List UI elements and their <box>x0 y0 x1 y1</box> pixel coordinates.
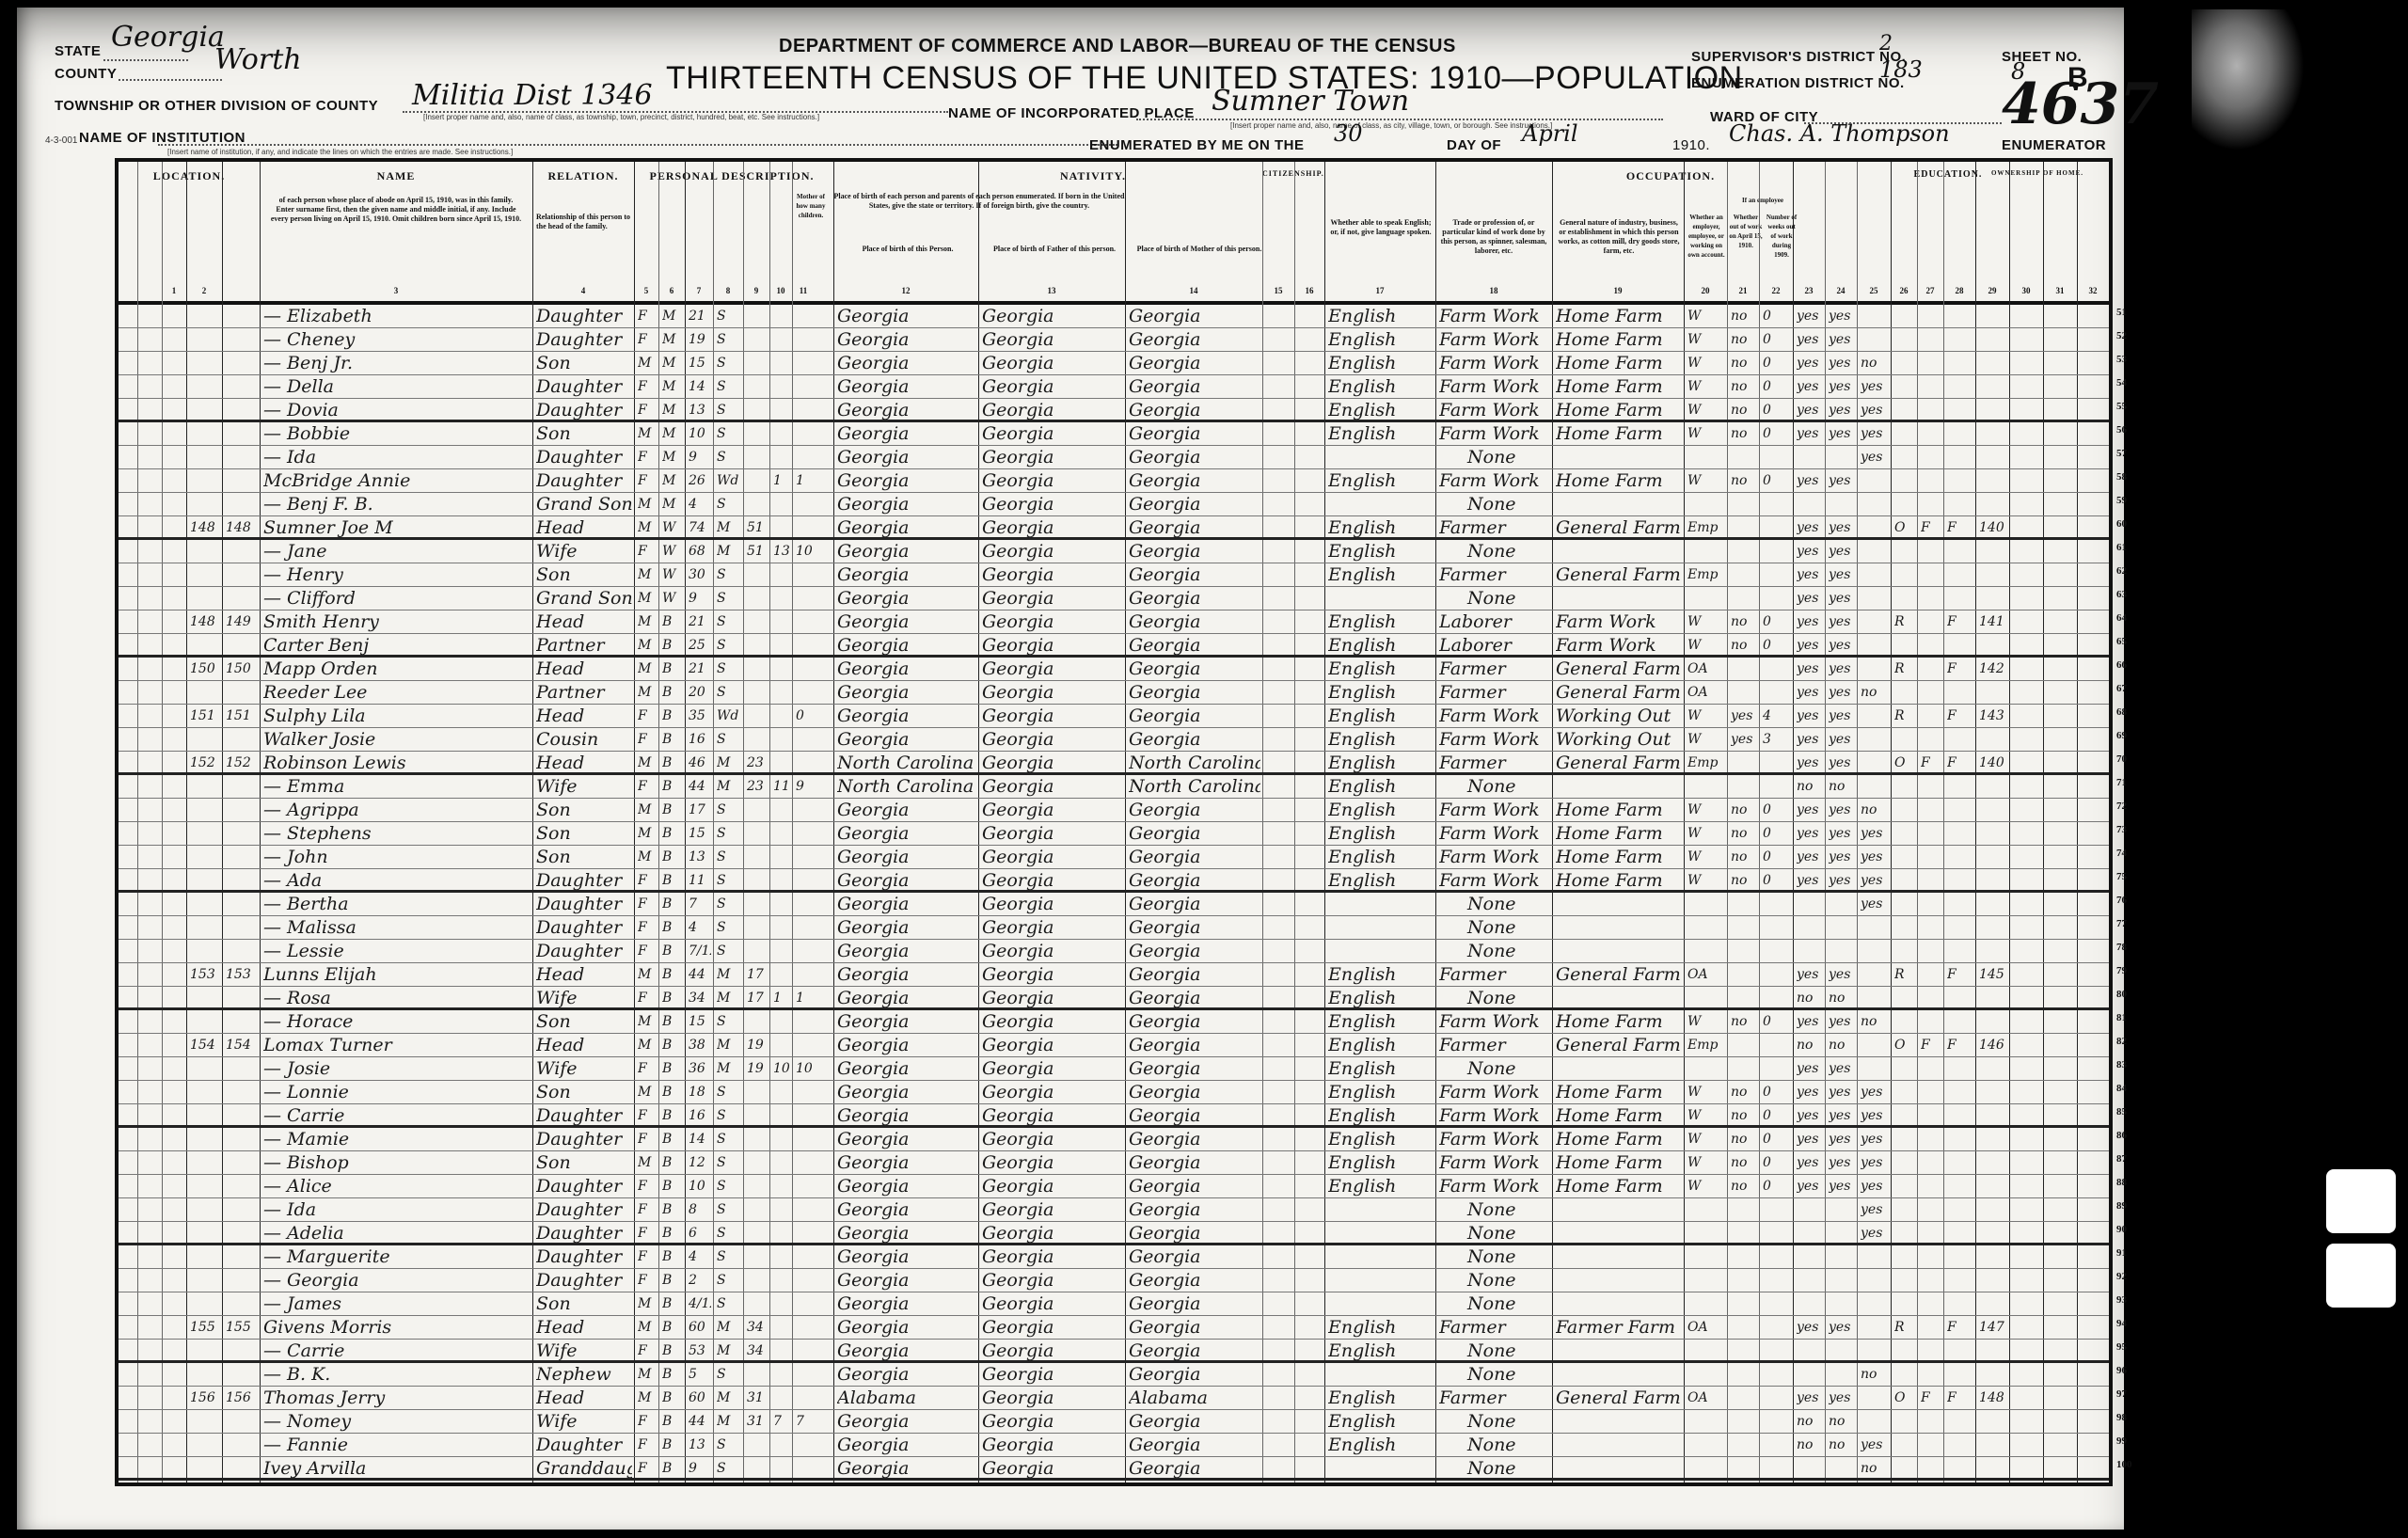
cell-age: 4 <box>689 916 711 940</box>
cell-years-married <box>747 1269 768 1292</box>
cell-years-married <box>747 1104 768 1128</box>
cell-years-married <box>747 634 768 658</box>
cell-write: yes <box>1829 1104 1855 1128</box>
viewer-side-button-1[interactable] <box>2326 1169 2396 1233</box>
cell-industry: Home Farm <box>1556 305 1682 328</box>
cell-free <box>1921 775 1941 799</box>
cell-name: — Horace <box>263 1010 531 1034</box>
cell-age: 68 <box>689 540 711 563</box>
cell-relation: Wife <box>536 1410 632 1434</box>
cell-class: Emp <box>1687 516 1725 540</box>
cell-class: W <box>1687 869 1725 893</box>
cell-free <box>1921 446 1941 469</box>
cell-dwelling <box>190 846 220 869</box>
cell-bp-self: Georgia <box>837 1198 976 1222</box>
cell-write: yes <box>1829 869 1855 893</box>
cell-race: B <box>662 634 683 658</box>
day-of-label: day of <box>1447 137 1501 153</box>
cell-class: W <box>1687 1081 1725 1104</box>
table-row: — HoraceSonMB15SGeorgiaGeorgiaGeorgiaEng… <box>119 1010 2109 1034</box>
cell-read: yes <box>1797 469 1823 493</box>
cell-out <box>1731 940 1757 963</box>
microfilm-edge-artifact <box>2192 9 2305 151</box>
cell-name: — Fannie <box>263 1434 531 1457</box>
cell-name: — Carrie <box>263 1104 531 1128</box>
cell-farm <box>1947 493 1973 516</box>
cell-write: yes <box>1829 610 1855 634</box>
column-number: 4 <box>532 286 634 295</box>
cell-dwelling <box>190 1222 220 1245</box>
cell-born <box>773 446 790 469</box>
cell-race: B <box>662 775 683 799</box>
cell-years-married <box>747 352 768 375</box>
cell-years-married: 23 <box>747 775 768 799</box>
cell-owned <box>1894 1340 1915 1363</box>
cell-family <box>226 587 258 610</box>
cell-years-married <box>747 846 768 869</box>
cell-weeks <box>1763 1410 1791 1434</box>
cell-school: yes <box>1861 1151 1889 1175</box>
cell-industry: General Farm <box>1556 563 1682 587</box>
cell-school <box>1861 563 1889 587</box>
cell-write: yes <box>1829 1057 1855 1081</box>
cell-school: yes <box>1861 446 1889 469</box>
cell-sex: M <box>638 822 657 846</box>
cell-out: no <box>1731 869 1757 893</box>
table-row: — AdeliaDaughterFB6SGeorgiaGeorgiaGeorgi… <box>119 1222 2109 1245</box>
cell-name: — Mamie <box>263 1128 531 1151</box>
cell-bp-father: Georgia <box>982 1104 1123 1128</box>
table-row: 152152Robinson LewisHeadMB46M23North Car… <box>119 752 2109 775</box>
table-row: — LonnieSonMB18SGeorgiaGeorgiaGeorgiaEng… <box>119 1081 2109 1104</box>
cell-english: English <box>1328 1434 1434 1457</box>
cell-dwelling <box>190 375 220 399</box>
cell-free: F <box>1921 1034 1941 1057</box>
cell-sex: F <box>638 1340 657 1363</box>
cell-write <box>1829 1198 1855 1222</box>
enumerator-label: Enumerator <box>2002 137 2106 153</box>
line-number: 80 <box>2116 989 2127 1000</box>
cell-bp-self: Georgia <box>837 1316 976 1340</box>
cell-english: English <box>1328 846 1434 869</box>
cell-schedule <box>1979 1081 2007 1104</box>
cell-bp-father: Georgia <box>982 634 1123 658</box>
cell-bp-self: Georgia <box>837 422 976 446</box>
column-number: 20 <box>1684 286 1727 295</box>
cell-out: no <box>1731 328 1757 352</box>
cell-write: yes <box>1829 1081 1855 1104</box>
year: 1910. <box>1672 137 1710 153</box>
cell-owned: O <box>1894 1387 1915 1410</box>
mother-column-text: Mother of how many children. <box>792 192 830 220</box>
cell-english: English <box>1328 1128 1434 1151</box>
cell-out <box>1731 681 1757 705</box>
cell-read: yes <box>1797 328 1823 352</box>
cell-write: yes <box>1829 587 1855 610</box>
cell-class: W <box>1687 422 1725 446</box>
cell-bp-father: Georgia <box>982 1128 1123 1151</box>
cell-farm <box>1947 305 1973 328</box>
cell-family <box>226 940 258 963</box>
cell-read: yes <box>1797 728 1823 752</box>
cell-school <box>1861 728 1889 752</box>
cell-dwelling <box>190 1457 220 1481</box>
cell-name: — Della <box>263 375 531 399</box>
cell-bp-mother: Georgia <box>1129 846 1260 869</box>
incorporated-underline <box>1136 119 1663 120</box>
table-row: — JosieWifeFB36M191010GeorgiaGeorgiaGeor… <box>119 1057 2109 1081</box>
cell-relation: Head <box>536 658 632 681</box>
cell-race: B <box>662 1057 683 1081</box>
cell-bp-father: Georgia <box>982 1034 1123 1057</box>
cell-out <box>1731 1222 1757 1245</box>
cell-english: English <box>1328 540 1434 563</box>
cell-school: yes <box>1861 1104 1889 1128</box>
cell-bp-mother: Georgia <box>1129 328 1260 352</box>
cell-out: no <box>1731 1081 1757 1104</box>
cell-age: 15 <box>689 1010 711 1034</box>
cell-family <box>226 1081 258 1104</box>
cell-out <box>1731 1340 1757 1363</box>
cell-born <box>773 1151 790 1175</box>
cell-living <box>796 916 813 940</box>
cell-schedule: 146 <box>1979 1034 2007 1057</box>
cell-born <box>773 422 790 446</box>
cell-dwelling <box>190 634 220 658</box>
line-number: 84 <box>2116 1083 2127 1094</box>
cell-dwelling: 152 <box>190 752 220 775</box>
cell-industry <box>1556 1363 1682 1387</box>
cell-living <box>796 1175 813 1198</box>
cell-marital: S <box>717 1010 741 1034</box>
column-number: 32 <box>2077 286 2109 295</box>
cell-class: OA <box>1687 681 1725 705</box>
cell-industry: Home Farm <box>1556 799 1682 822</box>
cell-living <box>796 1151 813 1175</box>
cell-name: Robinson Lewis <box>263 752 531 775</box>
cell-weeks <box>1763 916 1791 940</box>
cell-race: W <box>662 516 683 540</box>
cell-dwelling: 155 <box>190 1316 220 1340</box>
cell-sex: F <box>638 775 657 799</box>
cell-dwelling <box>190 799 220 822</box>
form-code: 4-3-001 <box>45 135 77 146</box>
cell-years-married <box>747 375 768 399</box>
cell-name: Sulphy Lila <box>263 705 531 728</box>
line-number: 95 <box>2116 1341 2127 1353</box>
cell-owned: O <box>1894 752 1915 775</box>
cell-farm <box>1947 1057 1973 1081</box>
cell-english: English <box>1328 1340 1434 1363</box>
cell-bp-self: Georgia <box>837 540 976 563</box>
cell-bp-mother: Georgia <box>1129 1434 1260 1457</box>
cell-living <box>796 658 813 681</box>
table-row: — EmmaWifeFB44M23119North CarolinaGeorgi… <box>119 775 2109 799</box>
cell-born <box>773 1316 790 1340</box>
cell-free <box>1921 705 1941 728</box>
cell-school: yes <box>1861 1175 1889 1198</box>
cell-bp-father: Georgia <box>982 563 1123 587</box>
line-number: 71 <box>2116 777 2127 788</box>
cell-years-married <box>747 916 768 940</box>
cell-living <box>796 305 813 328</box>
cell-race: B <box>662 1363 683 1387</box>
cell-weeks: 0 <box>1763 1010 1791 1034</box>
trade-column-text: Trade or profession of, or particular ki… <box>1439 218 1548 256</box>
column-number: 15 <box>1262 286 1294 295</box>
township-note: [Insert proper name and, also, name of c… <box>423 113 819 121</box>
cell-born <box>773 822 790 846</box>
cell-english: English <box>1328 1104 1434 1128</box>
cell-english: English <box>1328 1034 1434 1057</box>
cell-english: English <box>1328 305 1434 328</box>
table-row: Walker JosieCousinFB16SGeorgiaGeorgiaGeo… <box>119 728 2109 752</box>
viewer-side-button-2[interactable] <box>2326 1244 2396 1308</box>
punch-hole <box>2152 1296 2173 1317</box>
cell-bp-father: Georgia <box>982 1010 1123 1034</box>
cell-out: no <box>1731 610 1757 634</box>
cell-relation: Head <box>536 516 632 540</box>
cell-out <box>1731 1034 1757 1057</box>
cell-school: yes <box>1861 1081 1889 1104</box>
cell-industry <box>1556 1410 1682 1434</box>
cell-class <box>1687 1222 1725 1245</box>
cell-relation: Daughter <box>536 328 632 352</box>
cell-industry: Working Out <box>1556 705 1682 728</box>
cell-owned <box>1894 1434 1915 1457</box>
cell-owned <box>1894 634 1915 658</box>
cell-free <box>1921 1457 1941 1481</box>
line-number: 67 <box>2116 683 2127 694</box>
cell-bp-mother: North Carolina <box>1129 775 1260 799</box>
cell-industry <box>1556 1245 1682 1269</box>
group-personal: PERSONAL DESCRIPTION. <box>634 169 830 183</box>
cell-english: English <box>1328 658 1434 681</box>
cell-marital: S <box>717 846 741 869</box>
cell-born <box>773 1457 790 1481</box>
cell-read: yes <box>1797 1175 1823 1198</box>
cell-family: 152 <box>226 752 258 775</box>
cell-english: English <box>1328 352 1434 375</box>
cell-read: yes <box>1797 799 1823 822</box>
cell-relation: Wife <box>536 775 632 799</box>
cell-bp-mother: Georgia <box>1129 963 1260 987</box>
cell-weeks <box>1763 940 1791 963</box>
cell-owned <box>1894 587 1915 610</box>
cell-sex: F <box>638 1269 657 1292</box>
cell-name: Smith Henry <box>263 610 531 634</box>
column-number: 6 <box>658 286 685 295</box>
cell-dwelling <box>190 893 220 916</box>
cell-english: English <box>1328 728 1434 752</box>
cell-free <box>1921 869 1941 893</box>
cell-class: OA <box>1687 1387 1725 1410</box>
cell-bp-father: Georgia <box>982 1316 1123 1340</box>
table-row: — JamesSonMB4/12SGeorgiaGeorgiaGeorgiaNo… <box>119 1292 2109 1316</box>
cell-age: 13 <box>689 846 711 869</box>
cell-industry: Home Farm <box>1556 1151 1682 1175</box>
cell-school: yes <box>1861 422 1889 446</box>
cell-family: 155 <box>226 1316 258 1340</box>
cell-school <box>1861 963 1889 987</box>
cell-trade: Farm Work <box>1439 328 1550 352</box>
cell-dwelling <box>190 728 220 752</box>
cell-write: no <box>1829 1434 1855 1457</box>
cell-trade: Farm Work <box>1439 1081 1550 1104</box>
cell-industry: Home Farm <box>1556 1128 1682 1151</box>
cell-bp-mother: Georgia <box>1129 399 1260 422</box>
cell-family <box>226 1340 258 1363</box>
cell-living <box>796 1292 813 1316</box>
cell-relation: Daughter <box>536 469 632 493</box>
cell-weeks: 0 <box>1763 1151 1791 1175</box>
cell-sex: F <box>638 469 657 493</box>
cell-race: B <box>662 869 683 893</box>
out-of-work-text: Whether out of work on April 15, 1910. <box>1729 213 1763 250</box>
cell-bp-mother: Georgia <box>1129 1034 1260 1057</box>
cell-race: B <box>662 1034 683 1057</box>
cell-free <box>1921 1292 1941 1316</box>
cell-class: Emp <box>1687 563 1725 587</box>
cell-bp-mother: Georgia <box>1129 1151 1260 1175</box>
cell-farm <box>1947 328 1973 352</box>
cell-class <box>1687 1269 1725 1292</box>
cell-farm <box>1947 681 1973 705</box>
cell-years-married <box>747 399 768 422</box>
cell-farm <box>1947 1081 1973 1104</box>
cell-race: M <box>662 328 683 352</box>
cell-bp-mother: Georgia <box>1129 1010 1260 1034</box>
cell-out: no <box>1731 399 1757 422</box>
cell-weeks: 0 <box>1763 375 1791 399</box>
cell-class: W <box>1687 1104 1725 1128</box>
cell-read <box>1797 446 1823 469</box>
line-number: 78 <box>2116 942 2127 953</box>
cell-bp-mother: Georgia <box>1129 987 1260 1010</box>
cell-bp-self: Georgia <box>837 446 976 469</box>
cell-sex: F <box>638 1057 657 1081</box>
cell-sex: M <box>638 493 657 516</box>
cell-read: yes <box>1797 1057 1823 1081</box>
cell-class: W <box>1687 705 1725 728</box>
cell-write: yes <box>1829 681 1855 705</box>
county-value: Worth <box>214 43 302 76</box>
cell-write: yes <box>1829 1387 1855 1410</box>
cell-write: yes <box>1829 799 1855 822</box>
cell-schedule <box>1979 1269 2007 1292</box>
cell-dwelling <box>190 1175 220 1198</box>
cell-free <box>1921 493 1941 516</box>
cell-age: 17 <box>689 799 711 822</box>
cell-age: 34 <box>689 987 711 1010</box>
cell-marital: M <box>717 1057 741 1081</box>
group-education: EDUCATION. <box>1906 169 1990 180</box>
cell-industry: Home Farm <box>1556 1104 1682 1128</box>
cell-born <box>773 516 790 540</box>
cell-name: — B. K. <box>263 1363 531 1387</box>
cell-age: 44 <box>689 1410 711 1434</box>
cell-farm <box>1947 893 1973 916</box>
cell-trade: Farm Work <box>1439 846 1550 869</box>
cell-dwelling <box>190 681 220 705</box>
cell-relation: Daughter <box>536 940 632 963</box>
cell-sex: F <box>638 1410 657 1434</box>
cell-name: — Adelia <box>263 1222 531 1245</box>
cell-class <box>1687 1410 1725 1434</box>
cell-free <box>1921 1434 1941 1457</box>
cell-schedule <box>1979 916 2007 940</box>
cell-trade: Farmer <box>1439 658 1550 681</box>
line-number: 77 <box>2116 918 2127 929</box>
cell-relation: Daughter <box>536 916 632 940</box>
cell-bp-father: Georgia <box>982 352 1123 375</box>
cell-bp-self: Georgia <box>837 1292 976 1316</box>
cell-industry <box>1556 775 1682 799</box>
cell-bp-self: Georgia <box>837 1457 976 1481</box>
cell-bp-mother: Georgia <box>1129 799 1260 822</box>
cell-farm <box>1947 1151 1973 1175</box>
table-row: — ElizabethDaughterFM21SGeorgiaGeorgiaGe… <box>119 305 2109 328</box>
cell-living <box>796 1387 813 1410</box>
cell-bp-father: Georgia <box>982 728 1123 752</box>
cell-write: no <box>1829 1034 1855 1057</box>
relation-column-text: Relationship of this person to the head … <box>536 213 630 231</box>
cell-race: B <box>662 1222 683 1245</box>
line-number: 62 <box>2116 565 2127 577</box>
punch-hole <box>2152 771 2173 792</box>
cell-farm <box>1947 987 1973 1010</box>
cell-race: B <box>662 1010 683 1034</box>
cell-dwelling <box>190 1128 220 1151</box>
cell-trade: Farmer <box>1439 752 1550 775</box>
cell-family <box>226 1410 258 1434</box>
cell-schedule <box>1979 681 2007 705</box>
cell-bp-father: Georgia <box>982 375 1123 399</box>
cell-years-married <box>747 446 768 469</box>
table-row: — StephensSonMB15SGeorgiaGeorgiaGeorgiaE… <box>119 822 2109 846</box>
cell-dwelling <box>190 1292 220 1316</box>
cell-trade: Farm Work <box>1439 352 1550 375</box>
cell-schedule <box>1979 493 2007 516</box>
cell-years-married <box>747 705 768 728</box>
cell-family <box>226 493 258 516</box>
cell-owned <box>1894 1081 1915 1104</box>
cell-family <box>226 399 258 422</box>
cell-bp-mother: Georgia <box>1129 563 1260 587</box>
cell-race: B <box>662 1434 683 1457</box>
cell-school <box>1861 634 1889 658</box>
cell-bp-mother: Georgia <box>1129 916 1260 940</box>
cell-write: yes <box>1829 822 1855 846</box>
cell-out: no <box>1731 422 1757 446</box>
cell-age: 12 <box>689 1151 711 1175</box>
cell-weeks <box>1763 1363 1791 1387</box>
cell-name: — Malissa <box>263 916 531 940</box>
cell-family <box>226 1245 258 1269</box>
institution-note: [Insert name of institution, if any, and… <box>167 148 513 156</box>
cell-read: yes <box>1797 610 1823 634</box>
cell-bp-self: Georgia <box>837 799 976 822</box>
cell-school: yes <box>1861 869 1889 893</box>
cell-farm <box>1947 352 1973 375</box>
cell-read <box>1797 1363 1823 1387</box>
cell-family <box>226 1175 258 1198</box>
cell-class <box>1687 1292 1725 1316</box>
cell-years-married <box>747 728 768 752</box>
cell-out <box>1731 540 1757 563</box>
cell-schedule <box>1979 328 2007 352</box>
table-row: 148149Smith HenryHeadMB21SGeorgiaGeorgia… <box>119 610 2109 634</box>
